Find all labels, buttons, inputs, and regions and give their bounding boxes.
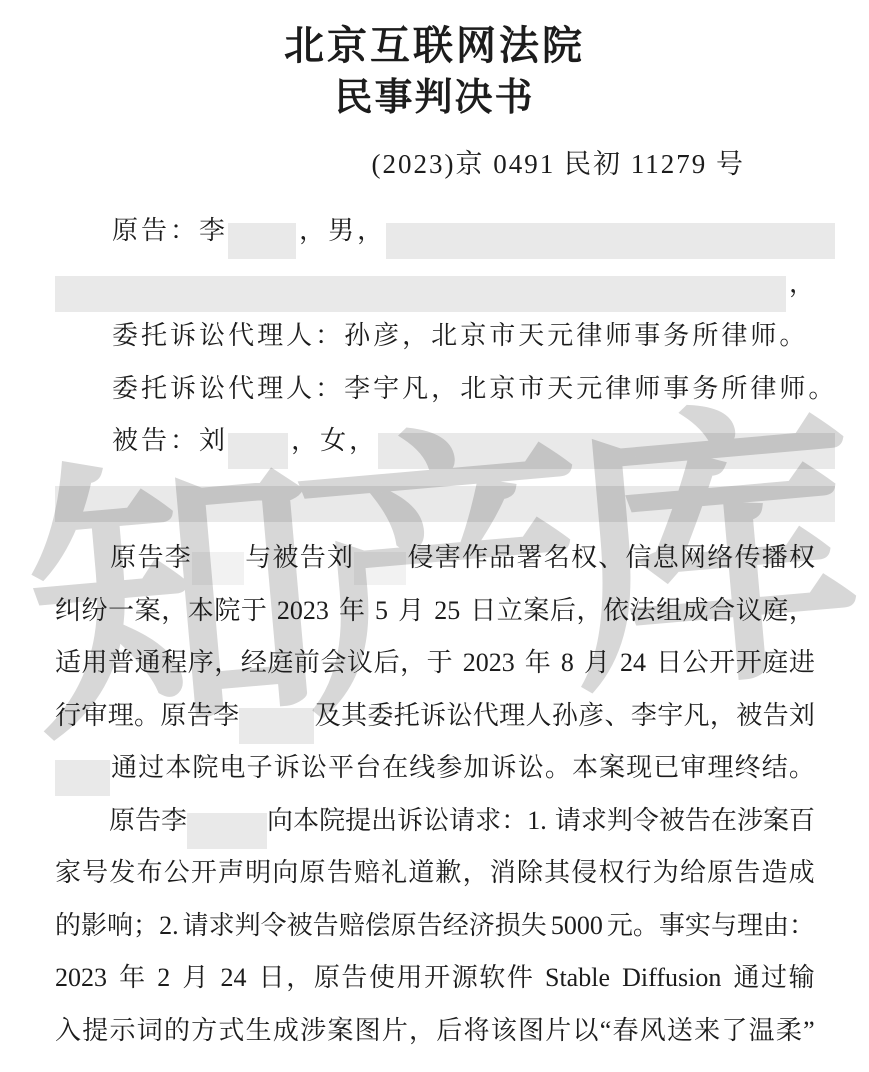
text-token: 凡 — [684, 696, 710, 736]
text-token: 向 — [272, 853, 298, 893]
text-token: 已 — [653, 748, 679, 788]
text-token: 孙 — [552, 696, 578, 736]
text-token: 作 — [462, 538, 488, 578]
text-token: 审 — [680, 748, 706, 788]
text-token: 络 — [707, 538, 733, 578]
text-token: 24 — [620, 643, 646, 683]
text-token: 百 — [789, 801, 815, 841]
text-token: 求 — [581, 801, 607, 841]
text-token: 权 — [789, 538, 815, 578]
text-token: 凡 — [402, 369, 428, 409]
text-token: 词 — [137, 1011, 163, 1051]
text-token: 子 — [247, 748, 273, 788]
text-token: 被 — [272, 538, 298, 578]
text-token: ： — [315, 369, 341, 409]
text-token: 开 — [736, 643, 762, 683]
text-token: 其 — [544, 853, 570, 893]
text-token: 于 — [427, 643, 453, 683]
text-token: ” — [803, 1011, 815, 1051]
text-token: 声 — [218, 853, 244, 893]
text-token: 京 — [489, 369, 515, 409]
text-token — [248, 958, 257, 998]
text-token: 生 — [246, 1011, 272, 1051]
text-token: 师 — [779, 369, 805, 409]
document-line: 2023 年 2 月 24 日，原告使用开源软件 Stable Diffusio… — [55, 958, 815, 1011]
text-token: 被 — [736, 696, 762, 736]
document-type: 民事判决书 — [0, 72, 869, 124]
text-token: 庭 — [762, 643, 788, 683]
text-token: 法 — [630, 591, 656, 631]
text-token: 平 — [328, 748, 354, 788]
text-token: 告 — [300, 538, 326, 578]
text-token: 诉 — [170, 316, 196, 356]
text-token: 响 — [107, 906, 133, 946]
text-token: 判 — [607, 801, 633, 841]
text-token — [453, 643, 462, 683]
text-token: 涉 — [737, 801, 763, 841]
text-token: 除 — [517, 853, 543, 893]
text-token: 理 — [257, 369, 283, 409]
text-token: 务 — [663, 316, 689, 356]
text-token: 讼 — [301, 748, 327, 788]
text-token: 元 — [607, 906, 633, 946]
text-token: 诉 — [170, 369, 196, 409]
text-token: 男 — [328, 211, 354, 251]
text-token: 影 — [81, 906, 107, 946]
text-token: 北 — [431, 316, 457, 356]
claims-line: 原告李向本院提出诉讼请求：1. 请求判令被告在涉案百 — [55, 801, 815, 854]
text-token: 提 — [345, 801, 371, 841]
document-line: 行审理。原告李及其委托诉讼代理人孙彦、李宇凡，被告刘 — [55, 696, 815, 749]
text-token: 原 — [160, 696, 186, 736]
text-token: 害 — [435, 538, 461, 578]
text-token: 后 — [374, 643, 400, 683]
text-token: 涉 — [300, 1011, 326, 1051]
text-token: 消 — [490, 853, 516, 893]
text-token: 诉 — [491, 748, 517, 788]
text-token: ： — [501, 801, 527, 841]
text-token: 结 — [762, 748, 788, 788]
text-token: 令 — [633, 801, 659, 841]
text-token: 家 — [55, 853, 81, 893]
text-token: 成 — [789, 853, 815, 893]
text-token: 经 — [443, 906, 469, 946]
text-token: 诉 — [274, 748, 300, 788]
text-token: 温 — [749, 1011, 775, 1051]
text-token: 案 — [523, 591, 549, 631]
text-token: 2023 — [55, 958, 107, 998]
text-token: 开 — [709, 643, 735, 683]
text-token: Stable — [545, 958, 610, 998]
text-token: 市 — [489, 316, 515, 356]
text-token: 天 — [518, 316, 544, 356]
text-token: 合 — [709, 591, 735, 631]
text-token: 律 — [750, 369, 776, 409]
text-token: 理 — [737, 906, 763, 946]
text-token: 品 — [489, 538, 515, 578]
text-token: 告 — [137, 538, 163, 578]
text-token: 院 — [319, 801, 345, 841]
text-token: 诉 — [420, 696, 446, 736]
text-token: 线 — [409, 748, 435, 788]
text-token: 告 — [135, 801, 161, 841]
redacted-address-line: ， — [55, 264, 815, 317]
text-token — [534, 958, 543, 998]
redaction-box — [55, 760, 110, 796]
text-token: ， — [409, 1011, 435, 1051]
text-token: 1. — [527, 801, 547, 841]
text-token — [515, 643, 524, 683]
text-token: ： — [789, 906, 815, 946]
text-token: ， — [349, 421, 375, 461]
text-token: 案 — [327, 1011, 353, 1051]
text-token: 告 — [341, 958, 367, 998]
redaction-box — [354, 552, 406, 585]
text-token: 与 — [711, 906, 737, 946]
text-token: 。 — [779, 316, 805, 356]
text-token: 片 — [382, 1011, 408, 1051]
text-token: 理 — [708, 748, 734, 788]
text-token: 事 — [634, 316, 660, 356]
text-token: 行 — [55, 696, 81, 736]
text-token: 过 — [761, 958, 787, 998]
text-token: 名 — [544, 538, 570, 578]
text-token: 现 — [626, 748, 652, 788]
text-token: 侵 — [407, 538, 433, 578]
text-token: 适 — [55, 643, 81, 683]
text-token: 片 — [545, 1011, 571, 1051]
text-token: ， — [710, 696, 736, 736]
text-token: 公 — [683, 643, 709, 683]
text-token: ， — [431, 369, 457, 409]
document-body: 原告：李，男，，委托诉讼代理人：孙彦，北京市天元律师事务所律师。委托诉讼代理人：… — [0, 211, 869, 1063]
text-token: 年 — [339, 591, 365, 631]
text-token: 。 — [134, 696, 160, 736]
text-token: 终 — [735, 748, 761, 788]
text-token: 彦 — [578, 696, 604, 736]
text-token: 礼 — [381, 853, 407, 893]
text-token: Diffusion — [622, 958, 721, 998]
text-token: ， — [789, 591, 815, 631]
text-token: 北 — [460, 369, 486, 409]
case-number: (2023)京 0491 民初 11279 号 — [0, 142, 869, 186]
text-token: 京 — [460, 316, 486, 356]
text-token: 托 — [141, 316, 167, 356]
text-token: 5 — [375, 591, 388, 631]
text-token: 理 — [257, 316, 283, 356]
text-token: 年 — [119, 958, 145, 998]
text-token: 月 — [182, 958, 208, 998]
text-token: 刘 — [789, 696, 815, 736]
text-token: 告 — [141, 421, 167, 461]
text-token: 开 — [191, 853, 217, 893]
text-token: 、 — [605, 696, 631, 736]
text-token: 了 — [721, 1011, 747, 1051]
text-token: 师 — [634, 369, 660, 409]
text-token: ， — [463, 853, 489, 893]
text-token: 春 — [612, 1011, 638, 1051]
text-token: 偿 — [365, 906, 391, 946]
text-token: 署 — [516, 538, 542, 578]
document-line: 入提示词的方式生成涉案图片，后将该图片以“春风送来了温柔” — [55, 1011, 815, 1064]
text-token: 李 — [344, 369, 370, 409]
text-token: 本 — [188, 591, 214, 631]
text-token: 原 — [109, 801, 135, 841]
text-token — [329, 591, 338, 631]
text-token: 用 — [82, 643, 108, 683]
redaction-box — [378, 433, 835, 469]
text-token: 律 — [576, 316, 602, 356]
text-token: ， — [291, 421, 317, 461]
text-token: 告 — [327, 853, 353, 893]
judgment-document-page: 知产库 北京互联网法院 民事判决书 (2023)京 0491 民初 11279 … — [0, 0, 869, 1072]
text-token: 2. — [159, 906, 179, 946]
text-token: 源 — [452, 958, 478, 998]
text-token: 发 — [109, 853, 135, 893]
text-token: ， — [576, 591, 602, 631]
text-token — [267, 591, 276, 631]
text-token — [425, 591, 434, 631]
text-token: 请 — [449, 801, 475, 841]
text-token: 讼 — [446, 696, 472, 736]
text-token: 告 — [313, 906, 339, 946]
text-token: 提 — [82, 1011, 108, 1051]
text-token: 日 — [259, 958, 285, 998]
text-token: 李 — [199, 211, 225, 251]
text-token: 台 — [355, 748, 381, 788]
text-token: 使 — [369, 958, 395, 998]
text-token: 日 — [656, 643, 682, 683]
text-token: 入 — [55, 1011, 81, 1051]
text-token: 在 — [711, 801, 737, 841]
text-token: 托 — [141, 369, 167, 409]
text-token: 纠 — [55, 591, 81, 631]
text-token: 失 — [521, 906, 547, 946]
text-token: 其 — [341, 696, 367, 736]
defendant-line: 被告：刘，女， — [55, 421, 815, 474]
text-token: 令 — [261, 906, 287, 946]
text-token: 2023 — [277, 591, 329, 631]
text-token: 普 — [108, 643, 134, 683]
text-token: 向 — [267, 801, 293, 841]
redaction-box — [192, 552, 244, 585]
text-token: 庭 — [267, 643, 293, 683]
text-token: 李 — [165, 538, 191, 578]
text-token: 序 — [188, 643, 214, 683]
text-token: 院 — [214, 591, 240, 631]
text-token: 送 — [667, 1011, 693, 1051]
text-token: 案 — [599, 748, 625, 788]
text-token — [574, 643, 583, 683]
text-token: 风 — [640, 1011, 666, 1051]
text-token: 8 — [561, 643, 574, 683]
text-token: 日 — [470, 591, 496, 631]
text-token: 及 — [315, 696, 341, 736]
agent-line-2: 委托诉讼代理人：李宇凡，北京市天元律师事务所律师。 — [55, 369, 815, 422]
text-token: 讼 — [199, 316, 225, 356]
text-token: 式 — [218, 1011, 244, 1051]
redaction-box — [55, 276, 786, 312]
text-token: 议 — [736, 591, 762, 631]
redacted-address-line — [55, 474, 815, 527]
text-token: 通 — [733, 958, 759, 998]
text-token — [147, 958, 156, 998]
text-token: 通 — [111, 748, 137, 788]
text-token: 25 — [434, 591, 460, 631]
text-token: 后 — [436, 1011, 462, 1051]
text-token: 济 — [469, 906, 495, 946]
text-token: 来 — [694, 1011, 720, 1051]
text-token: 传 — [734, 538, 760, 578]
text-token: 于 — [241, 591, 267, 631]
text-token — [172, 958, 181, 998]
text-token: 信 — [625, 538, 651, 578]
text-token: 人 — [286, 316, 312, 356]
text-token: ： — [170, 211, 196, 251]
text-token: 审 — [81, 696, 107, 736]
text-token: 元 — [547, 316, 573, 356]
text-token: 。 — [545, 748, 571, 788]
text-token: 为 — [653, 853, 679, 893]
text-token: 与 — [245, 538, 271, 578]
text-token: 成 — [683, 591, 709, 631]
text-token: 讼 — [518, 748, 544, 788]
text-token: 讼 — [199, 369, 225, 409]
text-token: 告 — [734, 853, 760, 893]
text-token: 息 — [653, 538, 679, 578]
case-summary-line: 原告李与被告刘侵害作品署名权、信息网络传播权 — [55, 538, 815, 591]
text-token: 被 — [112, 421, 138, 461]
text-token: 组 — [656, 591, 682, 631]
text-token: 师 — [605, 316, 631, 356]
redaction-box — [228, 223, 296, 259]
text-token: 年 — [525, 643, 551, 683]
text-token: ， — [214, 643, 240, 683]
text-token: 权 — [598, 853, 624, 893]
text-token: 件 — [507, 958, 533, 998]
text-token: 委 — [112, 369, 138, 409]
document-line: 适用普通程序，经庭前会议后，于 2023 年 8 月 24 日公开开庭进 — [55, 643, 815, 696]
text-token: ， — [400, 643, 426, 683]
text-token: 经 — [241, 643, 267, 683]
text-token: 求 — [209, 906, 235, 946]
text-token: 所 — [721, 369, 747, 409]
text-token: 案 — [135, 591, 161, 631]
text-token: 师 — [750, 316, 776, 356]
text-token: 原 — [707, 853, 733, 893]
text-token: 实 — [685, 906, 711, 946]
text-token — [389, 591, 398, 631]
text-token — [461, 591, 470, 631]
text-token: 5000 — [551, 906, 603, 946]
text-token: 加 — [464, 748, 490, 788]
redaction-box — [187, 813, 267, 849]
text-token: 号 — [82, 853, 108, 893]
text-token: 前 — [294, 643, 320, 683]
text-token — [551, 643, 560, 683]
text-token: 方 — [191, 1011, 217, 1051]
text-token: 立 — [497, 591, 523, 631]
text-token: 该 — [491, 1011, 517, 1051]
text-token: 律 — [605, 369, 631, 409]
text-token: ， — [161, 591, 187, 631]
text-token — [109, 958, 118, 998]
text-token: 在 — [382, 748, 408, 788]
text-token: 告 — [141, 211, 167, 251]
text-token: 道 — [408, 853, 434, 893]
text-token: 明 — [245, 853, 271, 893]
text-token: 刘 — [199, 421, 225, 461]
text-token: 示 — [109, 1011, 135, 1051]
text-token: 判 — [235, 906, 261, 946]
text-token: 公 — [164, 853, 190, 893]
text-token: 过 — [138, 748, 164, 788]
text-token: 参 — [436, 748, 462, 788]
redaction-box — [239, 708, 314, 744]
document-line: 的影响；2. 请求判令被告赔偿原告经济损失 5000 元。事实与理由： — [55, 906, 815, 959]
text-token: 造 — [761, 853, 787, 893]
text-token: 纷 — [82, 591, 108, 631]
text-token: 请 — [183, 906, 209, 946]
text-token: ； — [133, 906, 159, 946]
text-token: 用 — [397, 958, 423, 998]
text-token: 告 — [417, 906, 443, 946]
document-line: 家号发布公开声明向原告赔礼道歉，消除其侵权行为给原告造成 — [55, 853, 815, 906]
text-token: 行 — [626, 853, 652, 893]
text-token: 24 — [221, 958, 247, 998]
text-token: 一 — [108, 591, 134, 631]
text-token — [210, 958, 219, 998]
text-token: 理 — [499, 696, 525, 736]
text-token: 原 — [300, 853, 326, 893]
text-token: 后 — [550, 591, 576, 631]
text-token: 会 — [320, 643, 346, 683]
text-token: 本 — [165, 748, 191, 788]
plaintiff-line: 原告：李，男， — [55, 211, 815, 264]
text-token: 人 — [286, 369, 312, 409]
text-token: 李 — [161, 801, 187, 841]
text-token: 图 — [355, 1011, 381, 1051]
text-token: “ — [600, 1011, 612, 1051]
text-token: 彦 — [373, 316, 399, 356]
text-token: 务 — [692, 369, 718, 409]
text-token: 委 — [112, 316, 138, 356]
text-token: 院 — [192, 748, 218, 788]
text-token: 电 — [220, 748, 246, 788]
text-token: 由 — [763, 906, 789, 946]
text-token: 、 — [598, 538, 624, 578]
text-token: 网 — [680, 538, 706, 578]
text-token: 程 — [161, 643, 187, 683]
text-token: 给 — [680, 853, 706, 893]
text-token: 告 — [685, 801, 711, 841]
text-token: 事 — [663, 369, 689, 409]
text-token: 输 — [789, 958, 815, 998]
text-token: 2 — [157, 958, 170, 998]
document-line: 通过本院电子诉讼平台在线参加诉讼。本案现已审理终结。 — [55, 748, 815, 801]
text-token: 通 — [135, 643, 161, 683]
text-token: 议 — [347, 643, 373, 683]
text-token: 求 — [475, 801, 501, 841]
text-token: 告 — [763, 696, 789, 736]
text-token: 赔 — [354, 853, 380, 893]
text-token: 月 — [398, 591, 424, 631]
text-token: 本 — [293, 801, 319, 841]
text-token: 律 — [721, 316, 747, 356]
text-token: 代 — [473, 696, 499, 736]
text-token: ： — [315, 316, 341, 356]
text-token: 代 — [228, 369, 254, 409]
